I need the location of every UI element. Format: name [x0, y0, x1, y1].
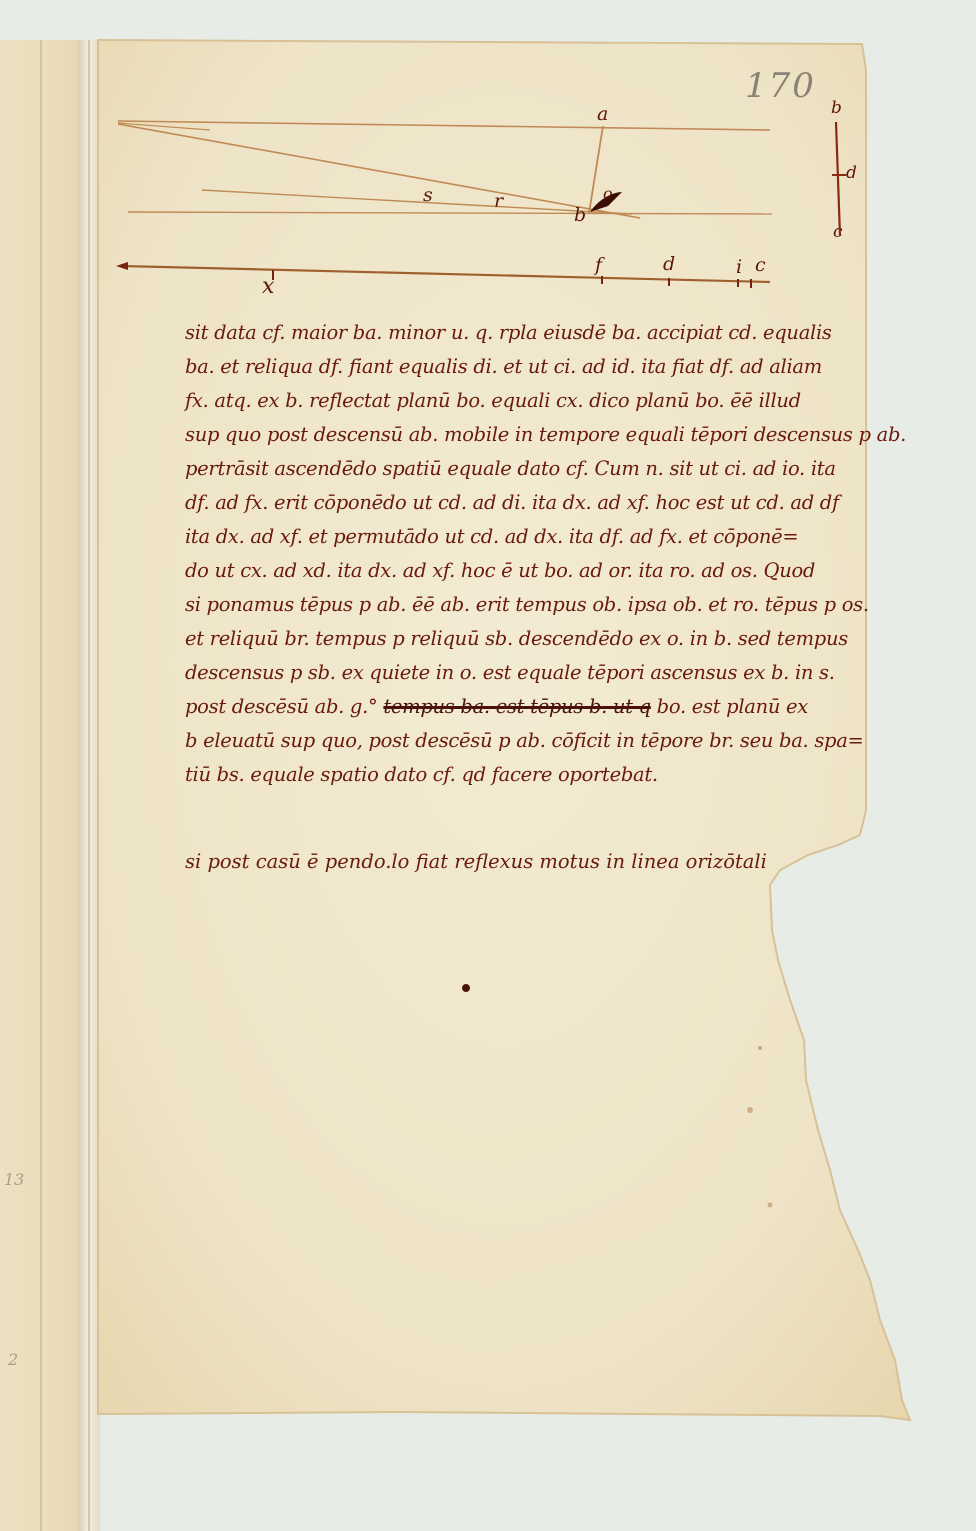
baseline-label-x: x	[262, 276, 274, 298]
text-line: tiū bs. equale spatio dato cf. qd facere…	[185, 758, 865, 792]
text-line-with-cancellation: post descēsū ab. g.° tempus ba. est tēpu…	[185, 690, 865, 724]
text-line: pertrāsit ascendēdo spatiū equale dato c…	[185, 452, 865, 486]
scale-label-b: b	[831, 100, 842, 117]
diagram-label-o: o	[603, 186, 613, 202]
manuscript-text: sit data cf. maior ba. minor u. q. rpla …	[185, 316, 865, 792]
text-line: df. ad fx. erit cōponēdo ut cd. ad di. i…	[185, 486, 865, 520]
baseline-label-d: d	[663, 255, 675, 274]
folio-number: 170	[745, 66, 816, 106]
baseline-label-c: c	[755, 256, 766, 275]
line-prefix: post descēsū ab. g.°	[185, 695, 377, 718]
text-line: ita dx. ad xf. et permutādo ut cd. ad dx…	[185, 520, 865, 554]
diagram-label-a: a	[597, 105, 608, 124]
text-line: b eleuatū sup quo, post descēsū p ab. cō…	[185, 724, 865, 758]
manuscript-scan: 13 2	[0, 0, 976, 1531]
closing-note: si post casū ē pendo.lo fiat reflexus mo…	[185, 850, 767, 873]
diagram-label-s: s	[423, 186, 433, 205]
cancelled-phrase: tempus ba. est tēpus b. ut q	[383, 695, 650, 718]
baseline-label-f: f	[595, 256, 602, 275]
text-line: sit data cf. maior ba. minor u. q. rpla …	[185, 316, 865, 350]
text-line: si ponamus tēpus p ab. ēē ab. erit tempu…	[185, 588, 865, 622]
baseline-label-i: i	[736, 258, 742, 277]
text-line: descensus p sb. ex quiete in o. est equa…	[185, 656, 865, 690]
diagram-label-r: r	[494, 192, 503, 211]
text-line: sup quo post descensū ab. mobile in temp…	[185, 418, 865, 452]
line-suffix: bo. est planū ex	[657, 695, 808, 718]
text-line: do ut cx. ad xd. ita dx. ad xf. hoc ē ut…	[185, 554, 865, 588]
scale-label-d: d	[846, 165, 857, 182]
diagram-label-b: b	[574, 206, 586, 225]
scale-label-c: c	[833, 224, 843, 241]
text-line: fx. atq. ex b. reflectat planū bo. equal…	[185, 384, 865, 418]
text-line: ba. et reliqua df. fiant equalis di. et …	[185, 350, 865, 384]
text-line: et reliquū br. tempus p reliquū sb. desc…	[185, 622, 865, 656]
